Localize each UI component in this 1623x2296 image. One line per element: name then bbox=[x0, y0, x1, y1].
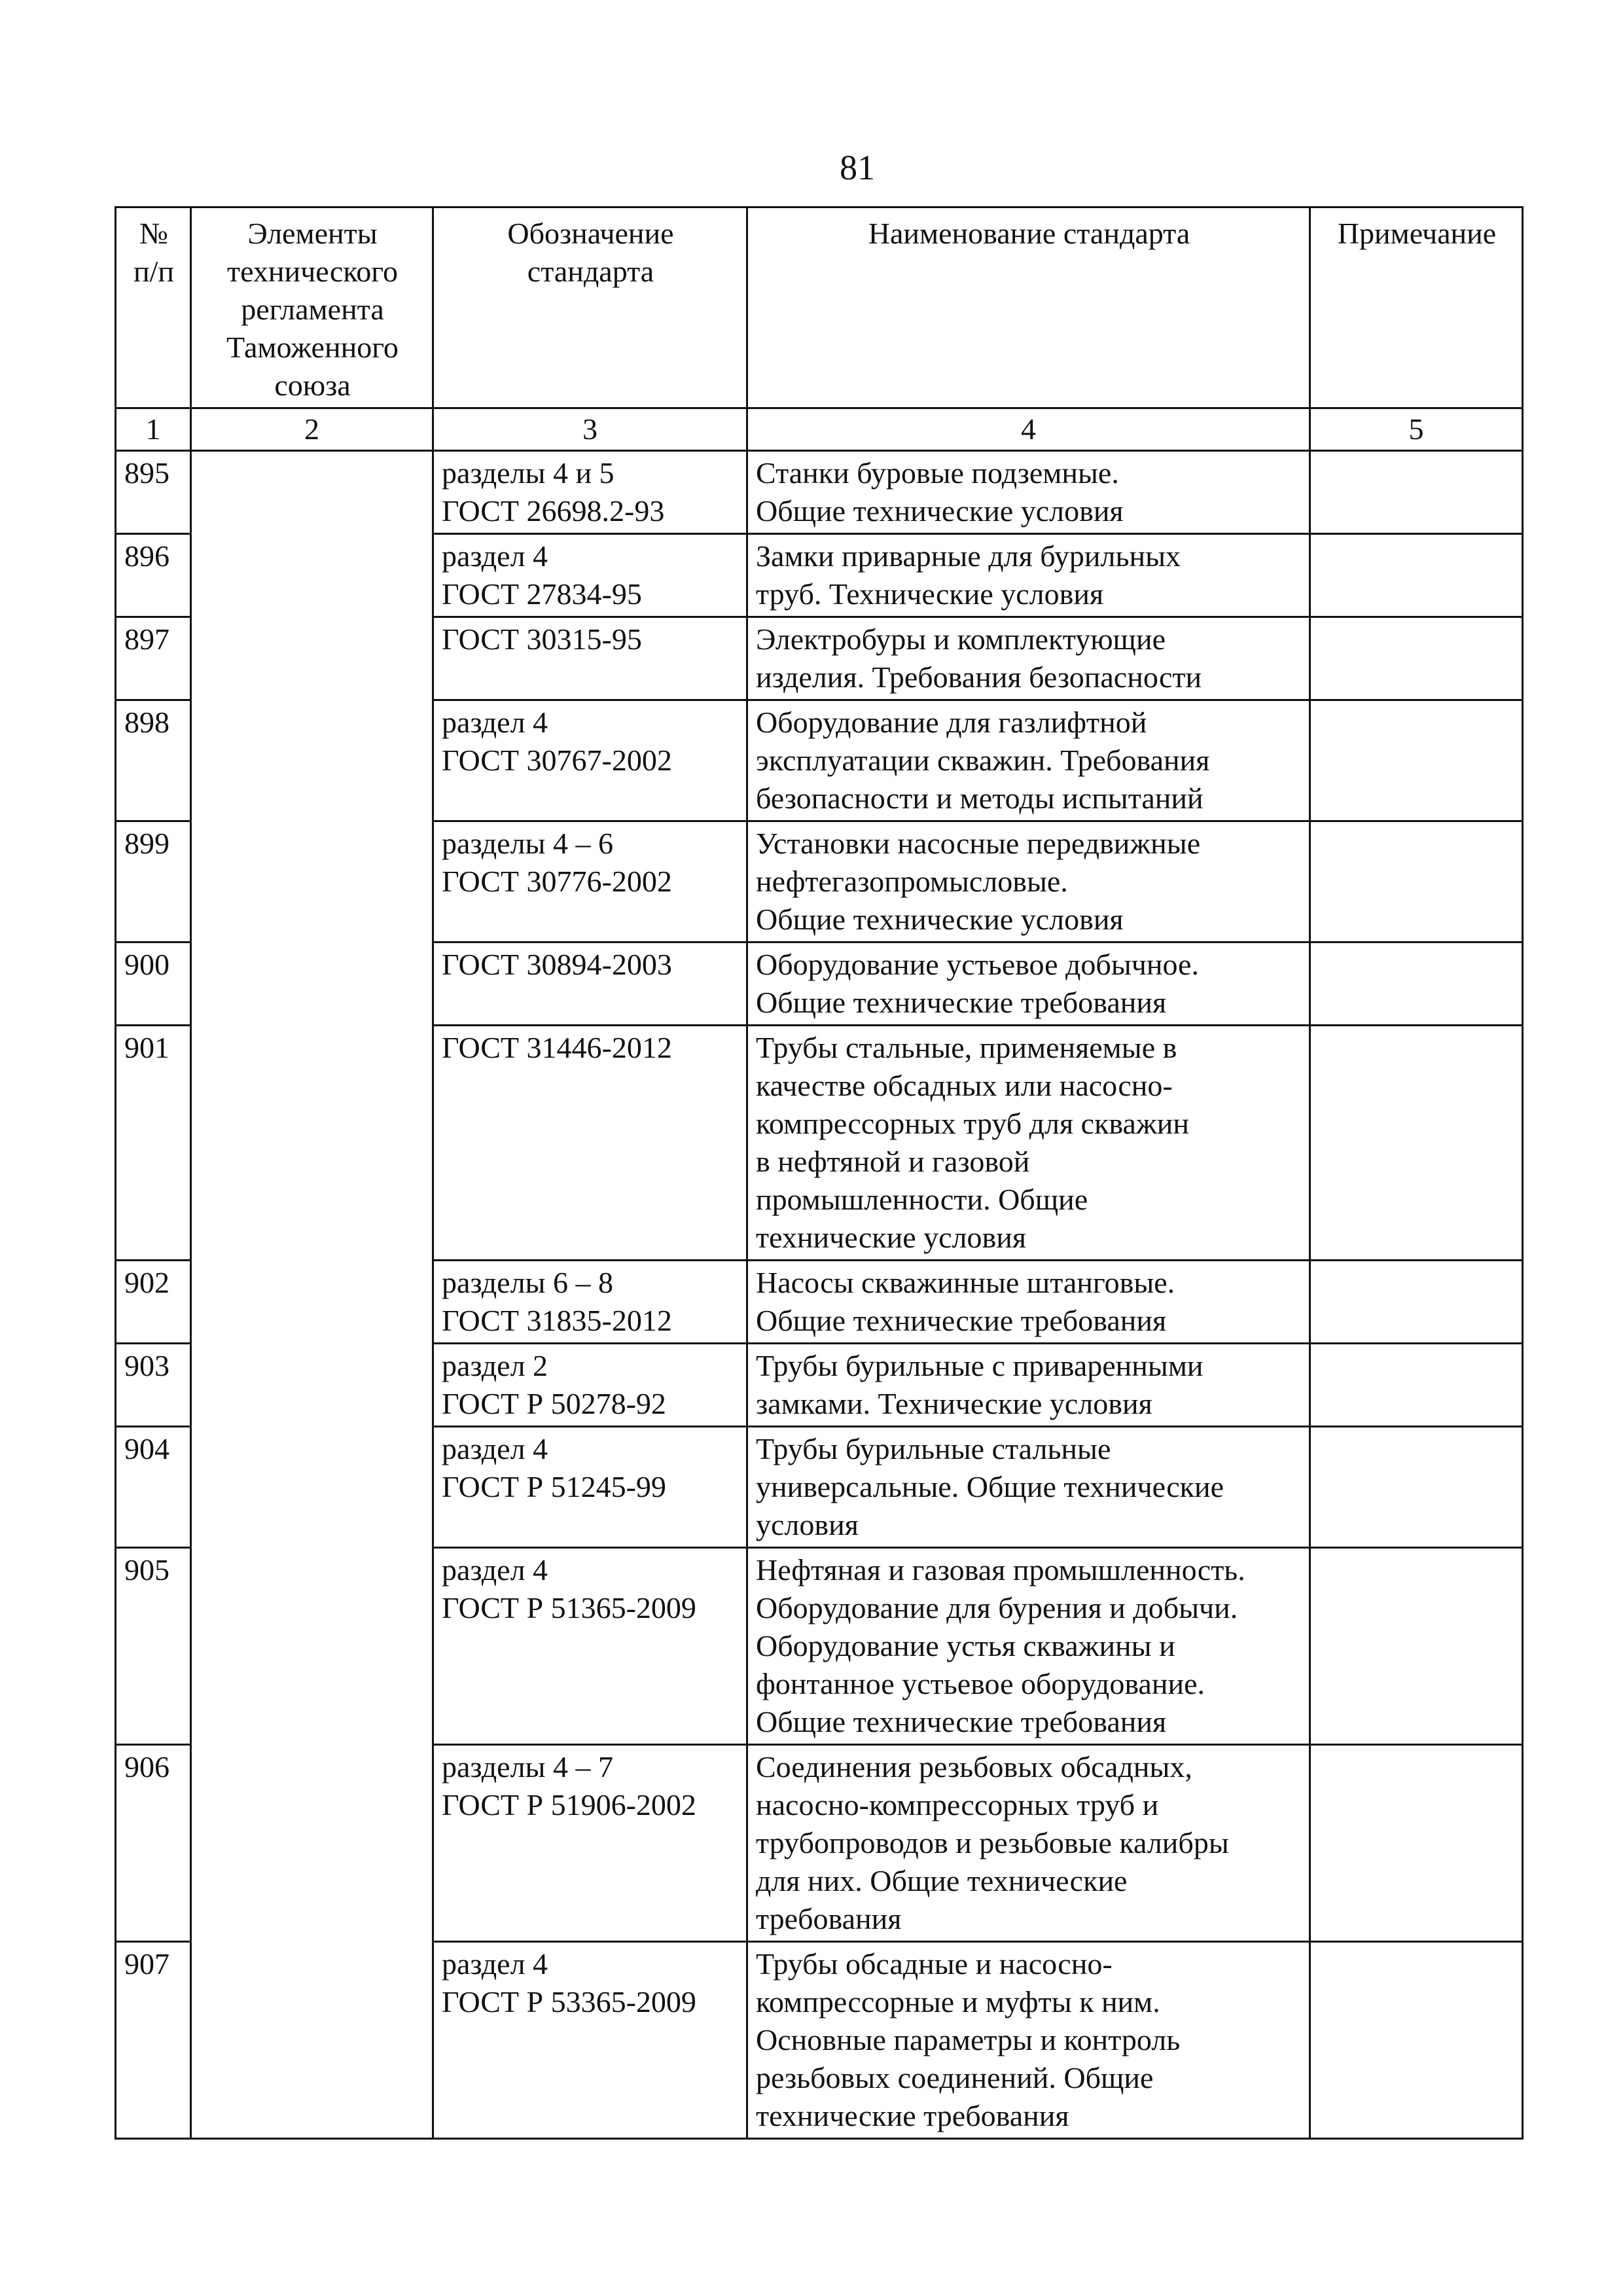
standard-name-line: эксплуатации скважин. Требования bbox=[756, 742, 1302, 780]
standard-name-line: компрессорные и муфты к ним. bbox=[756, 1983, 1302, 2021]
standard-name-line: требования bbox=[756, 1900, 1302, 1938]
note-cell bbox=[1310, 942, 1523, 1026]
standard-name-line: фонтанное устьевое оборудование. bbox=[756, 1665, 1302, 1703]
standard-name: Электробуры и комплектующиеизделия. Треб… bbox=[747, 617, 1310, 700]
note-cell bbox=[1310, 821, 1523, 942]
standard-name-line: технические условия bbox=[756, 1219, 1302, 1257]
standard-designation-line: раздел 4 bbox=[442, 1945, 740, 1983]
standard-name-line: Насосы скважинные штанговые. bbox=[756, 1264, 1302, 1302]
row-number: 906 bbox=[116, 1745, 191, 1942]
standard-name-line: Замки приварные для бурильных bbox=[756, 537, 1302, 575]
row-number: 897 bbox=[116, 617, 191, 700]
column-number: 3 bbox=[433, 408, 747, 451]
standard-name-line: Оборудование для бурения и добычи. bbox=[756, 1589, 1302, 1627]
standard-name-line: труб. Технические условия bbox=[756, 575, 1302, 613]
standard-designation-line: раздел 4 bbox=[442, 1430, 740, 1468]
standard-name: Трубы бурильные с привареннымизамками. Т… bbox=[747, 1344, 1310, 1427]
standard-designation-line: разделы 4 – 7 bbox=[442, 1748, 740, 1786]
header-elements: Элементы технического регламента Таможен… bbox=[191, 207, 433, 408]
standard-name: Нефтяная и газовая промышленность.Оборуд… bbox=[747, 1548, 1310, 1745]
standard-name-line: Оборудование устья скважины и bbox=[756, 1627, 1302, 1665]
column-number: 2 bbox=[191, 408, 433, 451]
regulation-elements-cell bbox=[191, 451, 433, 2139]
standard-name: Трубы обсадные и насосно-компрессорные и… bbox=[747, 1942, 1310, 2139]
standard-designation: разделы 4 – 6ГОСТ 30776-2002 bbox=[433, 821, 747, 942]
standard-name-line: условия bbox=[756, 1506, 1302, 1544]
standard-name-line: Соединения резьбовых обсадных, bbox=[756, 1748, 1302, 1786]
standard-name: Оборудование для газлифтнойэксплуатации … bbox=[747, 700, 1310, 821]
standard-name-line: Установки насосные передвижные bbox=[756, 825, 1302, 863]
standard-name-line: Основные параметры и контроль bbox=[756, 2021, 1302, 2059]
standard-designation: разделы 4 – 7ГОСТ Р 51906-2002 bbox=[433, 1745, 747, 1942]
standard-name-line: Общие технические требования bbox=[756, 1302, 1302, 1340]
note-cell bbox=[1310, 1548, 1523, 1745]
standard-name-line: Нефтяная и газовая промышленность. bbox=[756, 1551, 1302, 1589]
standard-name-line: замками. Технические условия bbox=[756, 1385, 1302, 1423]
standard-name-line: Трубы обсадные и насосно- bbox=[756, 1945, 1302, 1983]
note-cell bbox=[1310, 700, 1523, 821]
header-designation: Обозначение стандарта bbox=[433, 207, 747, 408]
standard-name-line: насосно-компрессорных труб и bbox=[756, 1786, 1302, 1824]
standard-designation: ГОСТ 30894-2003 bbox=[433, 942, 747, 1026]
standard-designation-line: ГОСТ 31835-2012 bbox=[442, 1302, 740, 1340]
note-cell bbox=[1310, 1745, 1523, 1942]
row-number: 900 bbox=[116, 942, 191, 1026]
row-number: 896 bbox=[116, 534, 191, 617]
row-number: 899 bbox=[116, 821, 191, 942]
standard-name-line: качестве обсадных или насосно- bbox=[756, 1067, 1302, 1105]
standard-designation-line: ГОСТ 30776-2002 bbox=[442, 863, 740, 901]
standard-designation-line: разделы 6 – 8 bbox=[442, 1264, 740, 1302]
standard-designation-line: ГОСТ 27834-95 bbox=[442, 575, 740, 613]
standard-designation: разделы 4 и 5ГОСТ 26698.2-93 bbox=[433, 451, 747, 534]
standard-designation: раздел 2ГОСТ Р 50278-92 bbox=[433, 1344, 747, 1427]
standard-name-line: Оборудование для газлифтной bbox=[756, 704, 1302, 742]
standard-designation-line: раздел 4 bbox=[442, 704, 740, 742]
standard-name-line: универсальные. Общие технические bbox=[756, 1468, 1302, 1506]
column-number: 5 bbox=[1310, 408, 1523, 451]
standard-name-line: компрессорных труб для скважин bbox=[756, 1105, 1302, 1143]
table-row: 895разделы 4 и 5ГОСТ 26698.2-93Станки бу… bbox=[116, 451, 1523, 534]
standard-designation-line: раздел 2 bbox=[442, 1347, 740, 1385]
standard-name: Насосы скважинные штанговые.Общие технич… bbox=[747, 1261, 1310, 1344]
standard-designation-line: ГОСТ Р 50278-92 bbox=[442, 1385, 740, 1423]
header-note: Примечание bbox=[1310, 207, 1523, 408]
standard-name: Установки насосные передвижныенефтегазоп… bbox=[747, 821, 1310, 942]
standard-designation: раздел 4ГОСТ 30767-2002 bbox=[433, 700, 747, 821]
standard-name-line: Станки буровые подземные. bbox=[756, 454, 1302, 492]
standard-designation: разделы 6 – 8ГОСТ 31835-2012 bbox=[433, 1261, 747, 1344]
column-number: 1 bbox=[116, 408, 191, 451]
note-cell bbox=[1310, 1427, 1523, 1548]
standard-name-line: промышленности. Общие bbox=[756, 1181, 1302, 1219]
note-cell bbox=[1310, 451, 1523, 534]
standard-name-line: Общие технические условия bbox=[756, 492, 1302, 530]
header-number: № п/п bbox=[116, 207, 191, 408]
note-cell bbox=[1310, 534, 1523, 617]
standard-designation-line: ГОСТ 30315-95 bbox=[442, 620, 740, 658]
column-number: 4 bbox=[747, 408, 1310, 451]
standard-name-line: в нефтяной и газовой bbox=[756, 1143, 1302, 1181]
row-number: 898 bbox=[116, 700, 191, 821]
standard-name-line: резьбовых соединений. Общие bbox=[756, 2059, 1302, 2097]
standard-designation: раздел 4ГОСТ Р 51245-99 bbox=[433, 1427, 747, 1548]
header-name: Наименование стандарта bbox=[747, 207, 1310, 408]
note-cell bbox=[1310, 1261, 1523, 1344]
standard-designation: ГОСТ 31446-2012 bbox=[433, 1026, 747, 1261]
standard-name: Трубы стальные, применяемые вкачестве об… bbox=[747, 1026, 1310, 1261]
standard-name-line: Трубы стальные, применяемые в bbox=[756, 1029, 1302, 1067]
standard-designation: раздел 4ГОСТ 27834-95 bbox=[433, 534, 747, 617]
standard-designation: раздел 4ГОСТ Р 51365-2009 bbox=[433, 1548, 747, 1745]
standard-designation-line: ГОСТ 30894-2003 bbox=[442, 946, 740, 984]
note-cell bbox=[1310, 1942, 1523, 2139]
standard-name-line: Трубы бурильные с приваренными bbox=[756, 1347, 1302, 1385]
row-number: 904 bbox=[116, 1427, 191, 1548]
row-number: 905 bbox=[116, 1548, 191, 1745]
standard-designation: раздел 4ГОСТ Р 53365-2009 bbox=[433, 1942, 747, 2139]
standard-name-line: нефтегазопромысловые. bbox=[756, 863, 1302, 901]
row-number: 903 bbox=[116, 1344, 191, 1427]
standard-designation-line: раздел 4 bbox=[442, 1551, 740, 1589]
standard-name-line: Общие технические требования bbox=[756, 984, 1302, 1022]
table-body: 895разделы 4 и 5ГОСТ 26698.2-93Станки бу… bbox=[116, 451, 1523, 2139]
standard-name-line: изделия. Требования безопасности bbox=[756, 658, 1302, 696]
row-number: 895 bbox=[116, 451, 191, 534]
note-cell bbox=[1310, 1344, 1523, 1427]
row-number: 907 bbox=[116, 1942, 191, 2139]
standard-designation-line: ГОСТ Р 51245-99 bbox=[442, 1468, 740, 1506]
standard-name-line: безопасности и методы испытаний bbox=[756, 780, 1302, 817]
standard-name-line: технические требования bbox=[756, 2097, 1302, 2135]
standard-name-line: для них. Общие технические bbox=[756, 1862, 1302, 1900]
note-cell bbox=[1310, 617, 1523, 700]
row-number: 902 bbox=[116, 1261, 191, 1344]
standard-designation-line: ГОСТ 30767-2002 bbox=[442, 742, 740, 780]
standard-name-line: Трубы бурильные стальные bbox=[756, 1430, 1302, 1468]
standard-name-line: трубопроводов и резьбовые калибры bbox=[756, 1824, 1302, 1862]
standard-designation-line: ГОСТ 31446-2012 bbox=[442, 1029, 740, 1067]
standard-name-line: Оборудование устьевое добычное. bbox=[756, 946, 1302, 984]
standard-name-line: Электробуры и комплектующие bbox=[756, 620, 1302, 658]
standard-designation-line: ГОСТ Р 51365-2009 bbox=[442, 1589, 740, 1627]
standard-name: Оборудование устьевое добычное.Общие тех… bbox=[747, 942, 1310, 1026]
standard-designation-line: ГОСТ Р 53365-2009 bbox=[442, 1983, 740, 2021]
standard-name: Замки приварные для бурильныхтруб. Техни… bbox=[747, 534, 1310, 617]
row-number: 901 bbox=[116, 1026, 191, 1261]
note-cell bbox=[1310, 1026, 1523, 1261]
standard-designation-line: разделы 4 – 6 bbox=[442, 825, 740, 863]
standard-designation: ГОСТ 30315-95 bbox=[433, 617, 747, 700]
standard-name-line: Общие технические условия bbox=[756, 901, 1302, 939]
standard-name: Трубы бурильные стальныеуниверсальные. О… bbox=[747, 1427, 1310, 1548]
standard-name: Станки буровые подземные.Общие техническ… bbox=[747, 451, 1310, 534]
standard-designation-line: ГОСТ Р 51906-2002 bbox=[442, 1786, 740, 1824]
column-number-row: 1 2 3 4 5 bbox=[116, 408, 1523, 451]
standard-designation-line: ГОСТ 26698.2-93 bbox=[442, 492, 740, 530]
standard-name: Соединения резьбовых обсадных,насосно-ко… bbox=[747, 1745, 1310, 1942]
standard-designation-line: раздел 4 bbox=[442, 537, 740, 575]
page-number: 81 bbox=[0, 147, 1623, 188]
standard-designation-line: разделы 4 и 5 bbox=[442, 454, 740, 492]
standard-name-line: Общие технические требования bbox=[756, 1703, 1302, 1741]
header-row: № п/п Элементы технического регламента Т… bbox=[116, 207, 1523, 408]
standards-table: № п/п Элементы технического регламента Т… bbox=[115, 206, 1524, 2140]
